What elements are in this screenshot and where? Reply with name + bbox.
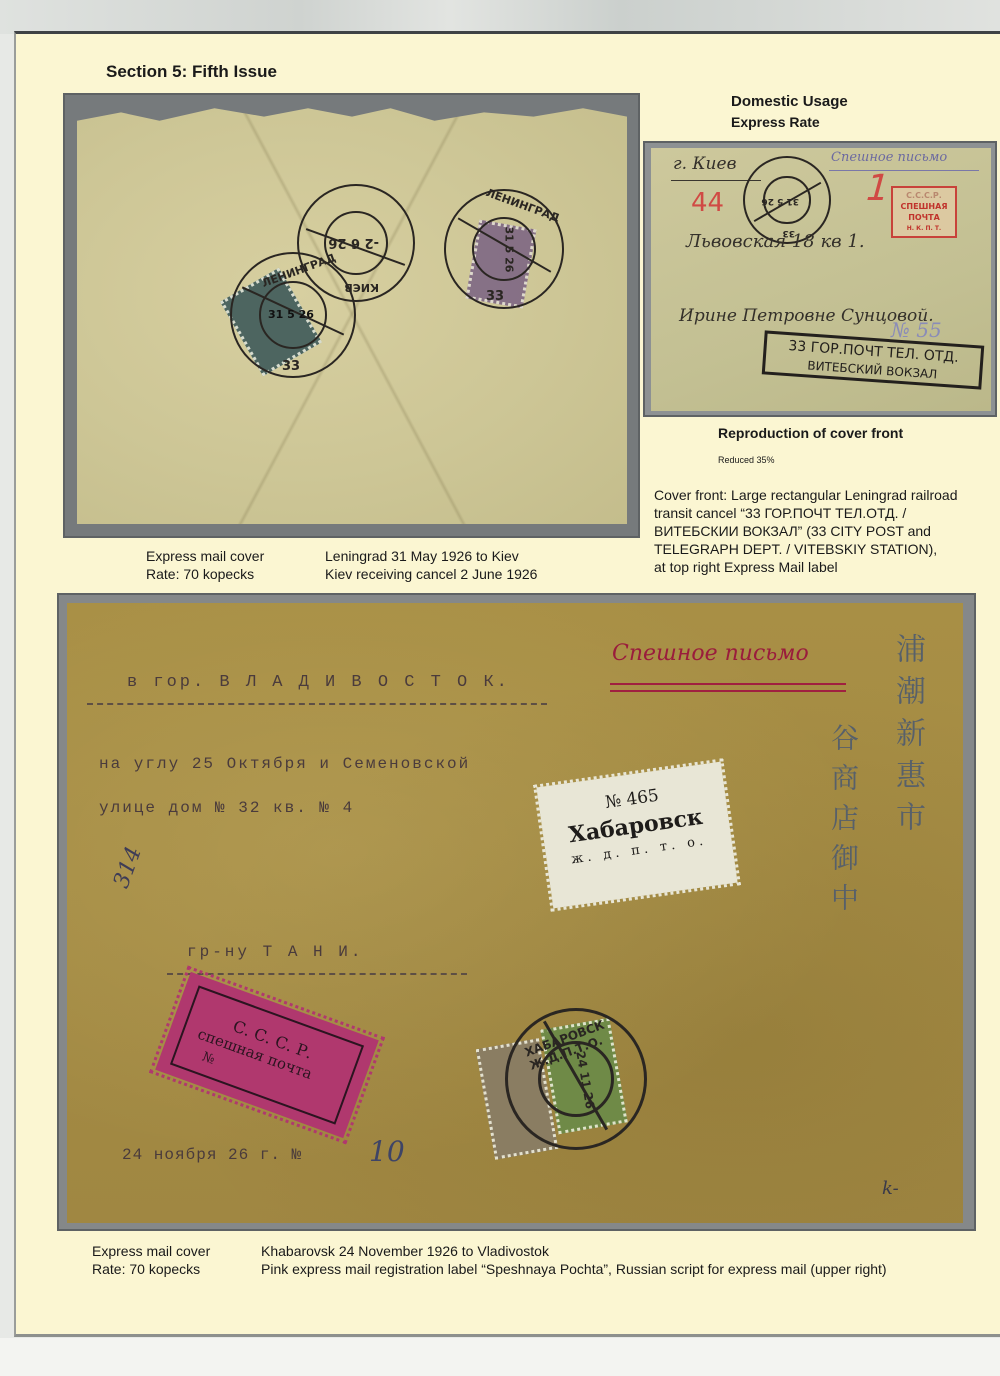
express-rate-heading: Express Rate: [731, 114, 820, 130]
typed-recipient: гр-ну Т А Н И.: [187, 943, 363, 961]
scanner-edge-top: [0, 0, 1000, 34]
red-mark-44: 44: [691, 188, 724, 218]
leningrad-postmark-right: ЛЕНИНГРАД 31 5 26 33: [444, 189, 564, 309]
cover2-front-reproduction: г. Киев Спешное письмо 44 1 31 5 26 33 С…: [651, 148, 991, 411]
handwritten-note: 314: [109, 843, 147, 891]
typed-address-line2: улице дом № 32 кв. № 4: [99, 799, 354, 817]
number-note: № 55: [891, 318, 942, 342]
corner-mark: k-: [882, 1178, 899, 1199]
express-script-violet: Спешное письмо: [831, 150, 947, 165]
cover3-envelope-front: в гор. В Л А Д И В О С Т О К. Спешное пи…: [67, 603, 963, 1223]
express-script-underline: [610, 683, 846, 692]
cover1-caption-right: Leningrad 31 May 1926 to Kiev Kiev recei…: [325, 547, 537, 583]
express-script-red: Спешное письмо: [612, 641, 809, 666]
rectangular-transit-cancel: 33 ГОР.ПОЧТ ТЕЛ. ОТД. ВИТЕБСКИЙ ВОКЗАЛ: [762, 330, 985, 389]
typed-underline-recipient: [167, 973, 467, 975]
handwritten-number: 10: [369, 1135, 405, 1168]
pink-express-registration-label: С. С. С. Р. спешная почта №: [155, 972, 379, 1138]
typed-address-line1: на углу 25 Октября и Семеновской: [99, 755, 470, 773]
chinese-address-column-2: 谷商店御中: [823, 723, 863, 1143]
cover3-caption-right: Khabarovsk 24 November 1926 to Vladivost…: [261, 1242, 887, 1278]
typed-city: в гор. В Л А Д И В О С Т О К.: [127, 673, 510, 692]
typed-underline-city: [87, 703, 547, 705]
cover1-caption-left: Express mail cover Rate: 70 kopecks: [146, 547, 264, 583]
express-mail-label: С.С.С.Р. СПЕШНАЯ ПОЧТА Н. К. П. Т.: [891, 186, 957, 238]
reduced-note: Reduced 35%: [718, 455, 775, 465]
address-city: г. Киев: [673, 154, 736, 174]
scanner-edge-bottom: [0, 1338, 1000, 1376]
registration-label: № 465 Хабаровск ж. д. п. т. о.: [540, 765, 734, 905]
typed-date: 24 ноября 26 г. №: [122, 1146, 302, 1164]
reproduction-heading: Reproduction of cover front: [718, 425, 903, 441]
express-script-underline: [829, 170, 979, 171]
cover1-envelope-back: КИЄВ -2 6 26 ЛЕНИНГРАД 31 5 26 33 ЛЕНИНГ…: [77, 104, 627, 524]
domestic-usage-heading: Domestic Usage: [731, 93, 848, 110]
section-title: Section 5: Fifth Issue: [106, 62, 277, 82]
chinese-address-column-1: 浦潮新惠市: [885, 633, 929, 1073]
street-address: Львовская 18 кв 1.: [686, 231, 865, 252]
leningrad-postmark-left: ЛЕНИНГРАД 31 5 26 33: [230, 252, 356, 378]
khabarovsk-postmark: ХАБАРОВСК Ж.Д.П.Т.О. 24 11 26: [505, 1008, 647, 1150]
cover-front-description: Cover front: Large rectangular Leningrad…: [654, 486, 958, 576]
red-mark-1: 1: [861, 168, 895, 209]
cover3-caption-left: Express mail cover Rate: 70 kopecks: [92, 1242, 210, 1278]
